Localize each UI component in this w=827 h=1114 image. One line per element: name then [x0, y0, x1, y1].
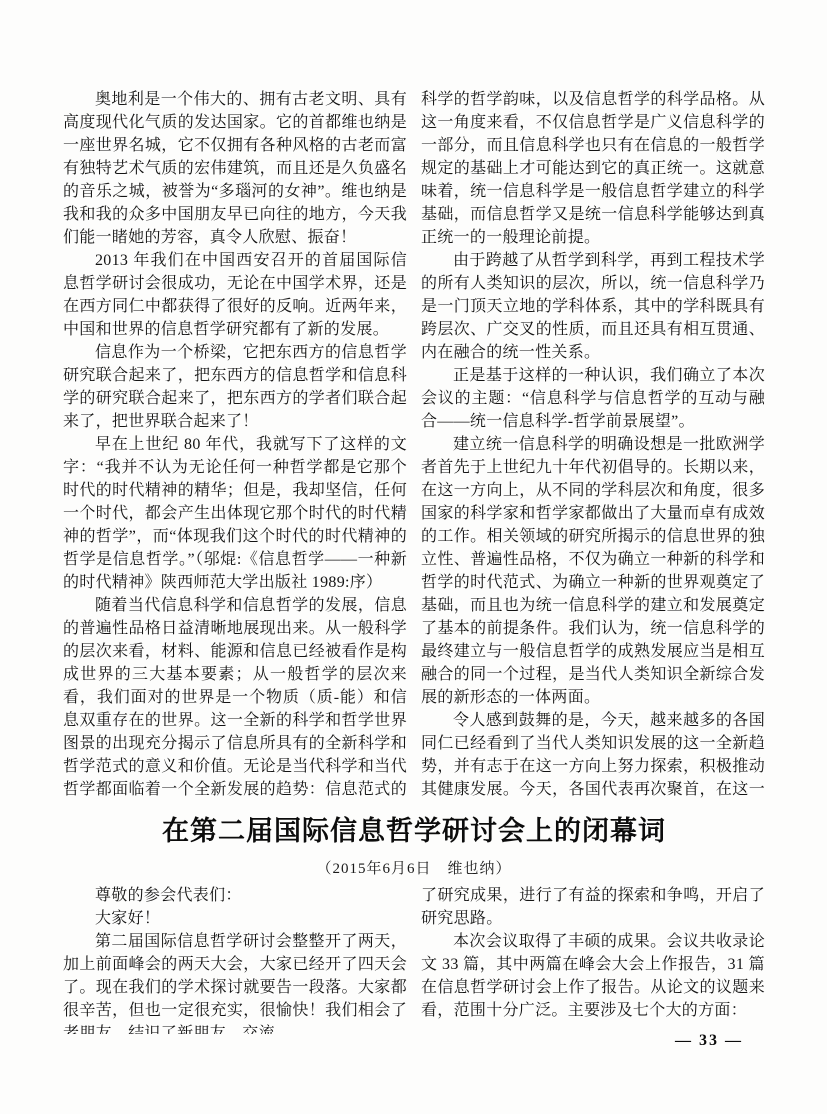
salutation: 尊敬的参会代表们： — [63, 884, 407, 907]
paragraph: 早在上世纪 80 年代，我就写下了这样的文字：“我并不认为无论任何一种哲学都是它… — [63, 433, 407, 594]
paragraph: 奥地利是一个伟大的、拥有古老文明、具有高度现代化气质的发达国家。它的首都维也纳是… — [63, 88, 407, 249]
paragraph: 令人感到鼓舞的是，今天，越来越多的各国同仁已经看到了当代人类知识发展的这一全新趋… — [421, 709, 765, 800]
paragraph: 随着当代信息科学和信息哲学的发展，信息的普遍性品格日益清晰地展现出来。从一般科学… — [63, 594, 407, 800]
top-left-column: 奥地利是一个伟大的、拥有古老文明、具有高度现代化气质的发达国家。它的首都维也纳是… — [63, 88, 407, 800]
bottom-left-column: 尊敬的参会代表们： 大家好！ 第二届国际信息哲学研讨会整整开了两天，加上前面峰会… — [63, 884, 407, 1034]
paragraph: 第二届国际信息哲学研讨会整整开了两天，加上前面峰会的两天大会，大家已经开了四天会… — [63, 930, 407, 1034]
paragraph-continuation: 科学的哲学韵味，以及信息哲学的科学品格。从这一角度来看，不仅信息哲学是广义信息科… — [421, 88, 765, 249]
page-number: — 33 — — [675, 1032, 743, 1050]
top-right-column: 科学的哲学韵味，以及信息哲学的科学品格。从这一角度来看，不仅信息哲学是广义信息科… — [421, 88, 765, 800]
article-title: 在第二届国际信息哲学研讨会上的闭幕词 — [63, 814, 765, 848]
paragraph: 信息作为一个桥梁，它把东西方的信息哲学研究联合起来了，把东西方的信息哲学和信息科… — [63, 341, 407, 433]
article-header: 在第二届国际信息哲学研讨会上的闭幕词 （2015年6月6日 维也纳） — [63, 800, 765, 884]
speech-end-section: 奥地利是一个伟大的、拥有古老文明、具有高度现代化气质的发达国家。它的首都维也纳是… — [63, 88, 765, 800]
paragraph: 本次会议取得了丰硕的成果。会议共收录论文 33 篇，其中两篇在峰会大会上作报告，… — [421, 930, 765, 1022]
paragraph: 由于跨越了从哲学到科学，再到工程技术学的所有人类知识的层次，所以，统一信息科学乃… — [421, 249, 765, 364]
article-subtitle: （2015年6月6日 维也纳） — [63, 857, 765, 878]
paragraph: 2013 年我们在中国西安召开的首届国际信息哲学研讨会很成功，无论在中国学术界，… — [63, 249, 407, 341]
paragraph-continuation: 了研究成果，进行了有益的探索和争鸣，开启了研究思路。 — [421, 884, 765, 930]
document-page: 奥地利是一个伟大的、拥有古老文明、具有高度现代化气质的发达国家。它的首都维也纳是… — [0, 0, 827, 1114]
greeting: 大家好！ — [63, 907, 407, 930]
speech-start-section: 尊敬的参会代表们： 大家好！ 第二届国际信息哲学研讨会整整开了两天，加上前面峰会… — [63, 884, 765, 1034]
paragraph: 建立统一信息科学的明确设想是一批欧洲学者首先于上世纪九十年代初倡导的。长期以来，… — [421, 433, 765, 709]
bottom-right-column: 了研究成果，进行了有益的探索和争鸣，开启了研究思路。 本次会议取得了丰硕的成果。… — [421, 884, 765, 1034]
paragraph: 正是基于这样的一种认识，我们确立了本次会议的主题：“信息科学与信息哲学的互动与融… — [421, 364, 765, 433]
